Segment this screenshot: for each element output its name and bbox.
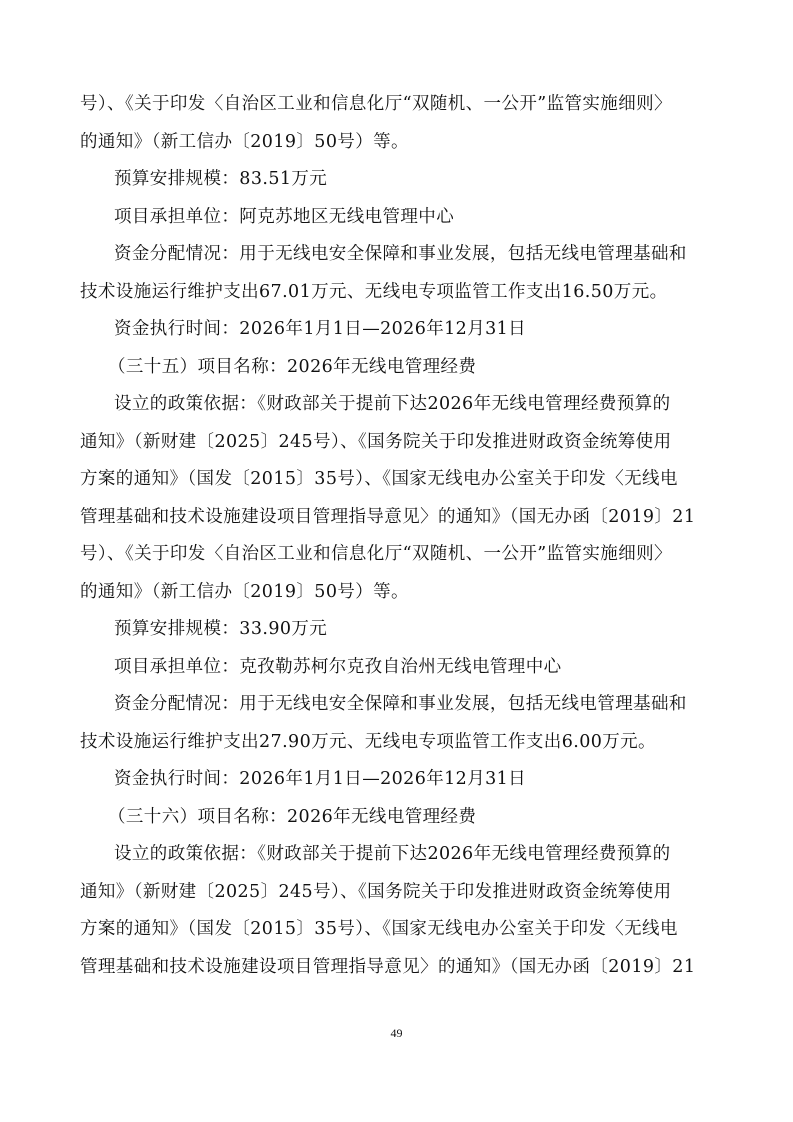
text-line: 管理基础和技术设施建设项目管理指导意见〉的通知》（国无办函〔2019〕21 (80, 499, 716, 537)
fund-allocation: 资金分配情况：用于无线电安全保障和事业发展，包括无线电管理基础和 (80, 686, 716, 724)
section-heading: （三十五）项目名称：2026年无线电管理经费 (80, 349, 716, 387)
text-line: 技术设施运行维护支出27.90万元、无线电专项监管工作支出6.00万元。 (80, 724, 716, 762)
text-line: 方案的通知》（国发〔2015〕35号）、《国家无线电办公室关于印发〈无线电 (80, 461, 716, 499)
policy-basis: 设立的政策依据：《财政部关于提前下达2026年无线电管理经费预算的 (80, 836, 716, 874)
execution-time: 资金执行时间：2026年1月1日—2026年12月31日 (80, 761, 716, 799)
text-line: 号）、《关于印发〈自治区工业和信息化厅“双随机、一公开”监管实施细则〉 (80, 536, 716, 574)
budget-scale: 预算安排规模：33.90万元 (80, 611, 716, 649)
budget-scale: 预算安排规模：83.51万元 (80, 161, 716, 199)
responsible-unit: 项目承担单位：克孜勒苏柯尔克孜自治州无线电管理中心 (80, 649, 716, 687)
text-line: 方案的通知》（国发〔2015〕35号）、《国家无线电办公室关于印发〈无线电 (80, 911, 716, 949)
text-line: 号）、《关于印发〈自治区工业和信息化厅“双随机、一公开”监管实施细则〉 (80, 86, 716, 124)
responsible-unit: 项目承担单位：阿克苏地区无线电管理中心 (80, 199, 716, 237)
page-number: 49 (0, 1026, 793, 1041)
text-line: 管理基础和技术设施建设项目管理指导意见〉的通知》（国无办函〔2019〕21 (80, 949, 716, 987)
text-line: 技术设施运行维护支出67.01万元、无线电专项监管工作支出16.50万元。 (80, 274, 716, 312)
execution-time: 资金执行时间：2026年1月1日—2026年12月31日 (80, 311, 716, 349)
fund-allocation: 资金分配情况：用于无线电安全保障和事业发展，包括无线电管理基础和 (80, 236, 716, 274)
text-line: 的通知》（新工信办〔2019〕50号）等。 (80, 124, 716, 162)
text-line: 的通知》（新工信办〔2019〕50号）等。 (80, 574, 716, 612)
document-body: 号）、《关于印发〈自治区工业和信息化厅“双随机、一公开”监管实施细则〉 的通知》… (80, 86, 716, 986)
text-line: 通知》（新财建〔2025〕245号）、《国务院关于印发推进财政资金统筹使用 (80, 874, 716, 912)
section-heading: （三十六）项目名称：2026年无线电管理经费 (80, 799, 716, 837)
text-line: 通知》（新财建〔2025〕245号）、《国务院关于印发推进财政资金统筹使用 (80, 424, 716, 462)
policy-basis: 设立的政策依据：《财政部关于提前下达2026年无线电管理经费预算的 (80, 386, 716, 424)
